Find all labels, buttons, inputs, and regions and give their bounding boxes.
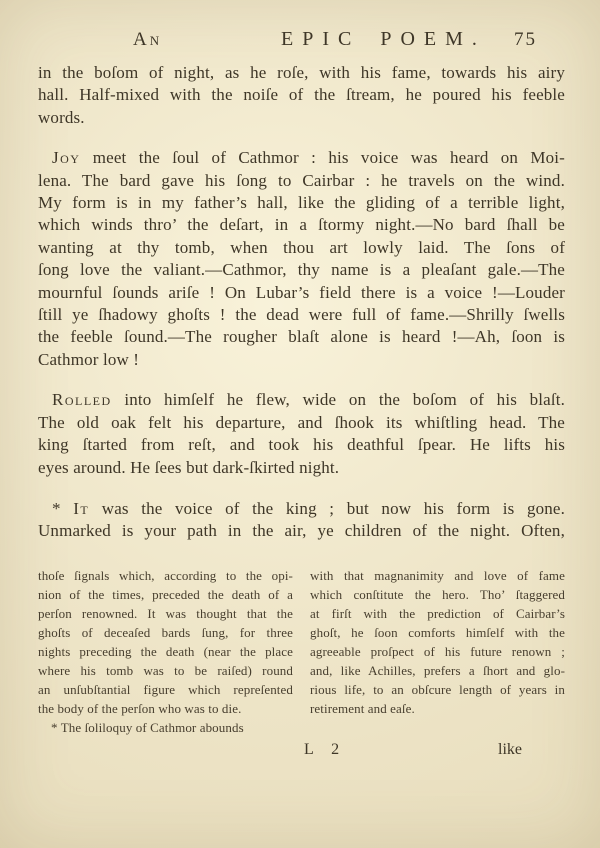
footnote-section: thoſe ſignals which, according to the op… <box>38 566 565 737</box>
lead-word: Joy <box>52 148 80 167</box>
page-footer: L 2 like <box>38 741 565 761</box>
lead-word: Rolled <box>52 390 112 409</box>
footnote-line: rious life, to an obſcure length of year… <box>310 680 565 699</box>
page-content: An EPIC POEM. 75 in the boſom of night, … <box>0 28 600 761</box>
footnote-line: where his tomb was to be raiſed) round <box>38 661 293 680</box>
text-line: words. <box>38 107 565 129</box>
footnote-line: nion of the times, preceded the death of… <box>38 585 293 604</box>
page-header: An EPIC POEM. 75 <box>38 28 565 52</box>
line-rest: meet the ſoul of Cathmor : his voice was… <box>80 148 565 167</box>
footnote-line: * The ſoliloquy of Cathmor abounds <box>38 718 293 737</box>
catchword: like <box>498 741 522 759</box>
text-line: Cathmor low ! <box>38 349 565 371</box>
text-line: Joy meet the ſoul of Cathmor : his voice… <box>38 147 565 169</box>
line-rest: was the voice of the king ; but now his … <box>89 499 565 518</box>
paragraph-4: * It was the voice of the king ; but now… <box>38 498 565 543</box>
running-title: EPIC POEM. <box>281 28 486 51</box>
footnote-asterisk: * <box>52 499 73 518</box>
text-line: eyes around. He ſees but dark-ſkirted ni… <box>38 457 565 479</box>
text-line: * It was the voice of the king ; but now… <box>38 498 565 520</box>
text-line: king ſtarted from reſt, and took his dea… <box>38 434 565 456</box>
footnote-line: thoſe ſignals which, according to the op… <box>38 566 293 585</box>
footnote-column-right: with that magnanimity and love of fame w… <box>310 566 565 737</box>
signature-mark: L 2 <box>304 741 346 759</box>
footnote-line: which conſtitute the hero. Tho’ ſtaggere… <box>310 585 565 604</box>
running-title-article: An <box>133 29 162 51</box>
text-line: lena. The bard gave his ſong to Cairbar … <box>38 170 565 192</box>
footnote-line: perſon renowned. It was thought that the <box>38 604 293 623</box>
footnote-line: the body of the perſon who was to die. <box>38 699 293 718</box>
lead-word: It <box>73 499 89 518</box>
footnote-column-left: thoſe ſignals which, according to the op… <box>38 566 293 737</box>
text-line: ſtill ye ſhadowy ghoſts ! the dead were … <box>38 304 565 326</box>
footnote-line: at firſt with the prediction of Cairbar’… <box>310 604 565 623</box>
page-number: 75 <box>514 29 537 51</box>
text-line: the feeble ſound.—The rougher blaſt alon… <box>38 326 565 348</box>
paragraph-1: in the boſom of night, as he roſe, with … <box>38 62 565 129</box>
line-rest: into himſelf he flew, wide on the boſom … <box>112 390 565 409</box>
footnote-line: ghoſts of deceaſed bards ſung, for three <box>38 623 293 642</box>
footnote-line: an unſubſtantial figure which repreſente… <box>38 680 293 699</box>
footnote-line: and, like Achilles, prefers a ſhort and … <box>310 661 565 680</box>
paragraph-2: Joy meet the ſoul of Cathmor : his voice… <box>38 147 565 371</box>
paragraph-3: Rolled into himſelf he flew, wide on the… <box>38 389 565 479</box>
text-line: My form is in my father’s hall, like the… <box>38 192 565 214</box>
text-line: Unmarked is your path in the air, ye chi… <box>38 520 565 542</box>
body-text: in the boſom of night, as he roſe, with … <box>38 62 565 543</box>
text-line: which winds thro’ the deſart, in a ſtorm… <box>38 214 565 236</box>
footnote-line: retirement and eaſe. <box>310 699 565 718</box>
text-line: in the boſom of night, as he roſe, with … <box>38 62 565 84</box>
footnote-line: with that magnanimity and love of fame <box>310 566 565 585</box>
footnote-line: ghoſt, he ſoon comforts himſelf with the <box>310 623 565 642</box>
footnote-line: agreeable proſpect of his future renown … <box>310 642 565 661</box>
text-line: ſong love the valiant.—Cathmor, thy name… <box>38 259 565 281</box>
text-line: mournful ſounds ariſe ! On Lubar’s field… <box>38 282 565 304</box>
book-page: An EPIC POEM. 75 in the boſom of night, … <box>0 0 600 848</box>
text-line: The old oak felt his departure, and ſhoo… <box>38 412 565 434</box>
text-line: Rolled into himſelf he flew, wide on the… <box>38 389 565 411</box>
footnote-line: nights preceding the death (near the pla… <box>38 642 293 661</box>
text-line: wanting at thy tomb, when thou art lowly… <box>38 237 565 259</box>
text-line: hall. Half-mixed with the noiſe of the ſ… <box>38 84 565 106</box>
